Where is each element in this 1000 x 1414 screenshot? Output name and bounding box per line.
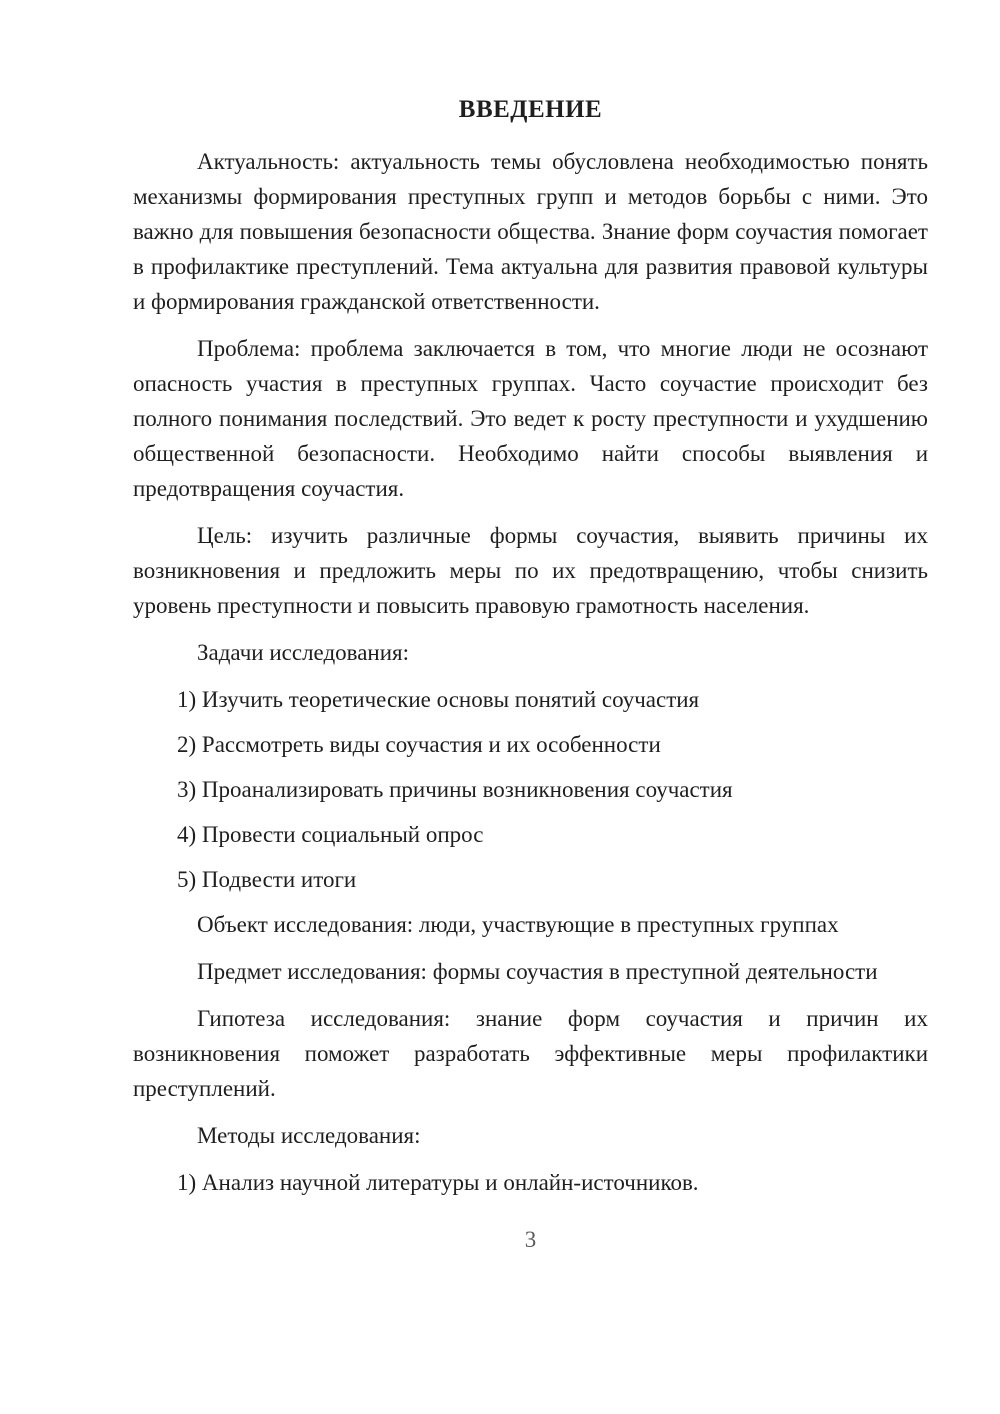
subject-line: Предмет исследования: формы соучастия в …	[133, 954, 928, 989]
tasks-heading: Задачи исследования:	[133, 635, 928, 670]
methods-list: 1) Анализ научной литературы и онлайн-ис…	[133, 1165, 928, 1200]
page-number: 3	[133, 1222, 928, 1257]
paragraph-goal: Цель: изучить различные формы соучастия,…	[133, 518, 928, 623]
object-line: Объект исследования: люди, участвующие в…	[133, 907, 928, 942]
method-item-1: 1) Анализ научной литературы и онлайн-ис…	[133, 1165, 928, 1200]
tasks-list: 1) Изучить теоретические основы понятий …	[133, 682, 928, 897]
paragraph-actuality: Актуальность: актуальность темы обусловл…	[133, 144, 928, 319]
methods-heading: Методы исследования:	[133, 1118, 928, 1153]
task-item-5: 5) Подвести итоги	[133, 862, 928, 897]
page-title: ВВЕДЕНИЕ	[133, 92, 928, 127]
task-item-3: 3) Проанализировать причины возникновени…	[133, 772, 928, 807]
task-item-4: 4) Провести социальный опрос	[133, 817, 928, 852]
paragraph-problem: Проблема: проблема заключается в том, чт…	[133, 331, 928, 506]
hypothesis-line: Гипотеза исследования: знание форм соуча…	[133, 1001, 928, 1106]
document-page: ВВЕДЕНИЕ Актуальность: актуальность темы…	[0, 0, 1000, 1414]
task-item-2: 2) Рассмотреть виды соучастия и их особе…	[133, 727, 928, 762]
task-item-1: 1) Изучить теоретические основы понятий …	[133, 682, 928, 717]
